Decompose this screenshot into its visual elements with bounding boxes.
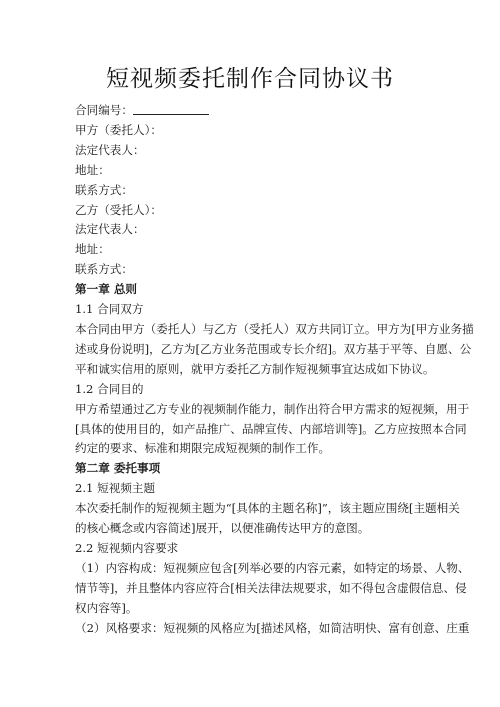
section-2-2-line: 权内容等]。 xyxy=(75,599,437,619)
contract-number-blank xyxy=(133,102,209,115)
section-1-1-heading: 1.1 合同双方 xyxy=(75,300,437,320)
section-1-2-line: [具体的使用目的，如产品推广、品牌宣传、内部培训等]。乙方应按照本合同 xyxy=(75,420,437,440)
section-1-2-heading: 1.2 合同目的 xyxy=(75,380,437,400)
party-a-address-label: 地址： xyxy=(75,161,437,181)
party-b-representative-label: 法定代表人： xyxy=(75,220,437,240)
chapter-1-heading: 第一章 总则 xyxy=(75,280,437,300)
section-1-2-line: 约定的要求、标准和期限完成短视频的制作工作。 xyxy=(75,439,437,459)
party-a-representative-label: 法定代表人： xyxy=(75,141,437,161)
document-page: 短视频委托制作合同协议书 合同编号： 甲方（委托人）： 法定代表人： 地址： 联… xyxy=(0,0,500,707)
section-1-1-line: 平和诚实信用的原则，就甲方委托乙方制作短视频事宜达成如下协议。 xyxy=(75,360,437,380)
party-b-label: 乙方（受托人）： xyxy=(75,201,437,221)
party-b-address-label: 地址： xyxy=(75,240,437,260)
chapter-2-heading: 第二章 委托事项 xyxy=(75,459,437,479)
party-a-contact-label: 联系方式： xyxy=(75,181,437,201)
section-1-1-line: 本合同由甲方（委托人）与乙方（受托人）双方共同订立。甲方为[甲方业务描 xyxy=(75,320,437,340)
section-2-1-line: 的核心概念或内容简述]展开，以便准确传达甲方的意图。 xyxy=(75,519,437,539)
contract-number-label: 合同编号： xyxy=(75,103,133,117)
party-a-label: 甲方（委托人）： xyxy=(75,121,437,141)
section-2-2-heading: 2.2 短视频内容要求 xyxy=(75,539,437,559)
section-2-2-line: （2）风格要求：短视频的风格应为[描述风格，如简洁明快、富有创意、庄重 xyxy=(75,619,437,639)
section-2-2-line: （1）内容构成：短视频应包含[列举必要的内容元素，如特定的场景、人物、 xyxy=(75,559,437,579)
document-body: 合同编号： 甲方（委托人）： 法定代表人： 地址： 联系方式： 乙方（受托人）：… xyxy=(75,101,437,638)
section-1-1-line: 述或身份说明]，乙方为[乙方业务范围或专长介绍]。双方基于平等、自愿、公 xyxy=(75,340,437,360)
contract-number-field: 合同编号： xyxy=(75,101,437,121)
section-2-2-line: 情节等]，并且整体内容应符合[相关法律法规要求，如不得包含虚假信息、侵 xyxy=(75,579,437,599)
document-title: 短视频委托制作合同协议书 xyxy=(0,60,500,93)
section-2-1-heading: 2.1 短视频主题 xyxy=(75,479,437,499)
section-1-2-line: 甲方希望通过乙方专业的视频制作能力，制作出符合甲方需求的短视频，用于 xyxy=(75,400,437,420)
section-2-1-line: 本次委托制作的短视频主题为“[具体的主题名称]”，该主题应围绕[主题相关 xyxy=(75,499,437,519)
party-b-contact-label: 联系方式： xyxy=(75,260,437,280)
